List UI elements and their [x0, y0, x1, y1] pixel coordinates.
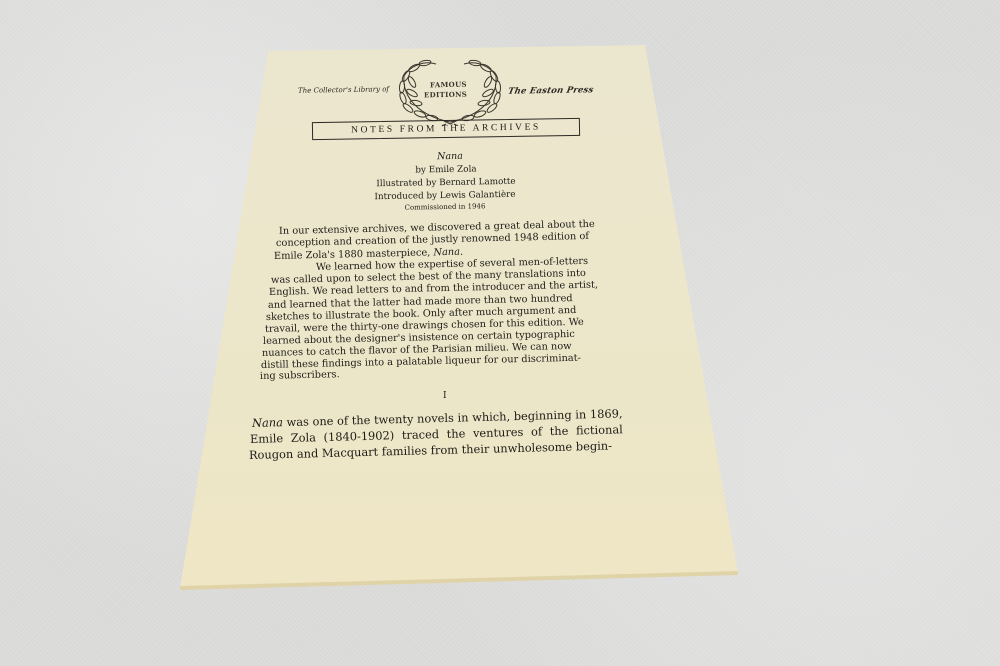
easton-press-signature: The Easton Press — [507, 85, 594, 97]
collectors-library-text: The Collector's Library of — [298, 85, 389, 95]
book-illustrator: Illustrated by Bernard Lamotte — [356, 176, 536, 189]
document-page: The Collector's Library of — [0, 0, 1000, 666]
book-commissioned: Commissioned in 1946 — [380, 202, 510, 212]
logo-famous-text: FAMOUS — [430, 80, 467, 90]
archives-banner: NOTES FROM THE ARCHIVES — [312, 118, 580, 140]
photo-stage: The Collector's Library of — [0, 0, 1000, 666]
body-italic-title: Nana — [252, 415, 283, 430]
banner-title: NOTES FROM THE ARCHIVES — [351, 123, 541, 136]
intro-line: ing subscribers. — [260, 369, 340, 382]
book-introducer: Introduced by Lewis Galantière — [354, 189, 536, 202]
book-author: by Emile Zola — [376, 164, 516, 176]
book-title: Nana — [420, 150, 480, 162]
intro-italic-title: Nana. — [433, 247, 463, 259]
section-number: I — [443, 391, 447, 401]
logo-editions-text: EDITIONS — [424, 90, 467, 100]
